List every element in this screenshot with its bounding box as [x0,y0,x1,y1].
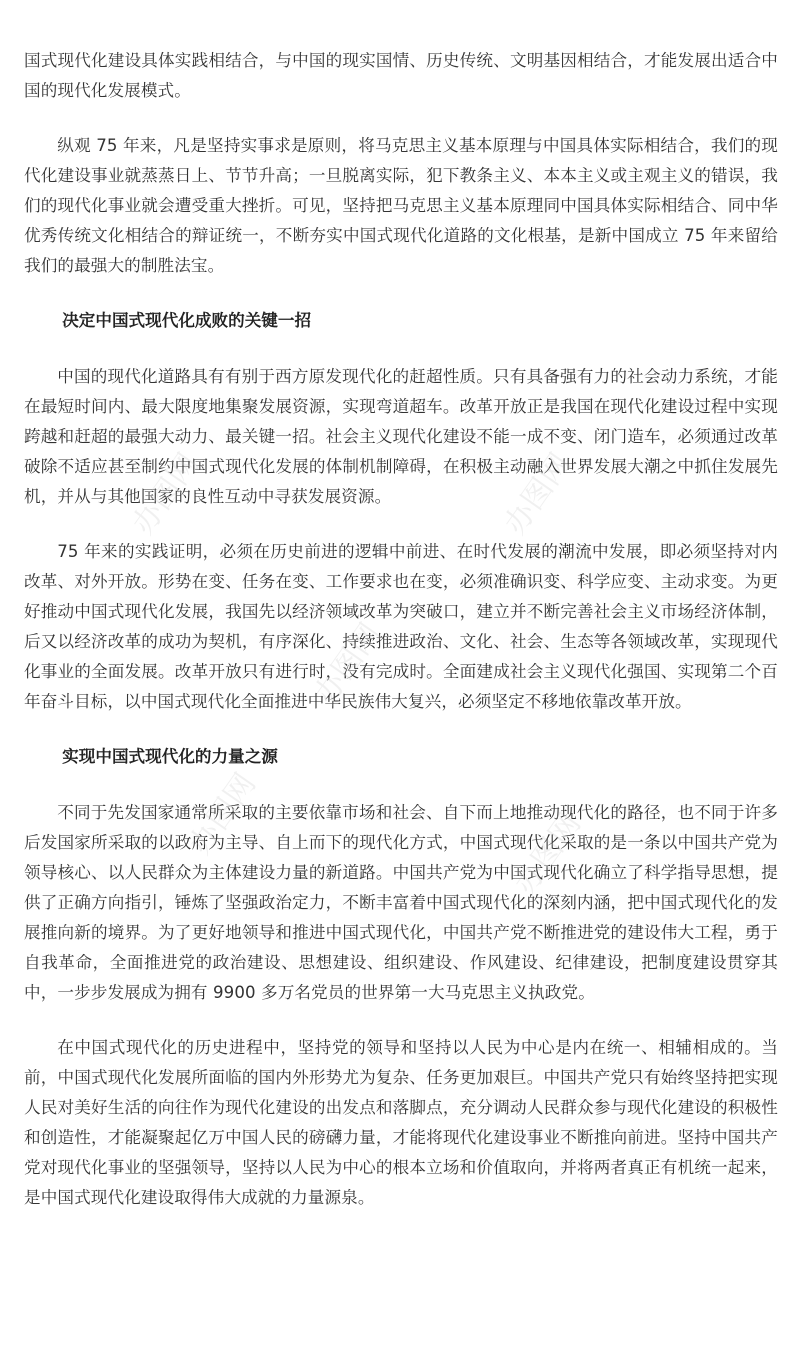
paragraph-reform-opening: 75 年来的实践证明，必须在历史前进的逻辑中前进、在时代发展的潮流中发展，即必须… [24,537,778,717]
document-body: 国式现代化建设具体实践相结合，与中国的现实国情、历史传统、文明基因相结合，才能发… [24,46,778,1238]
paragraph-party-people: 在中国式现代化的历史进程中，坚持党的领导和坚持以人民为中心是内在统一、相辅相成的… [24,1033,778,1213]
paragraph-new-path: 不同于先发国家通常所采取的主要依靠市场和社会、自下而上地推动现代化的路径，也不同… [24,798,778,1008]
paragraph-catch-up-nature: 中国的现代化道路具有有别于西方原发现代化的赶超性质。只有具备强有力的社会动力系统… [24,362,778,512]
section-heading-source-of-strength: 实现中国式现代化的力量之源 [24,742,778,772]
paragraph-75-years-principle: 纵观 75 年来，凡是坚持实事求是原则，将马克思主义基本原理与中国具体实际相结合… [24,131,778,281]
paragraph-intro-continuation: 国式现代化建设具体实践相结合，与中国的现实国情、历史传统、文明基因相结合，才能发… [24,46,778,106]
section-heading-key-move: 决定中国式现代化成败的关键一招 [24,306,778,336]
